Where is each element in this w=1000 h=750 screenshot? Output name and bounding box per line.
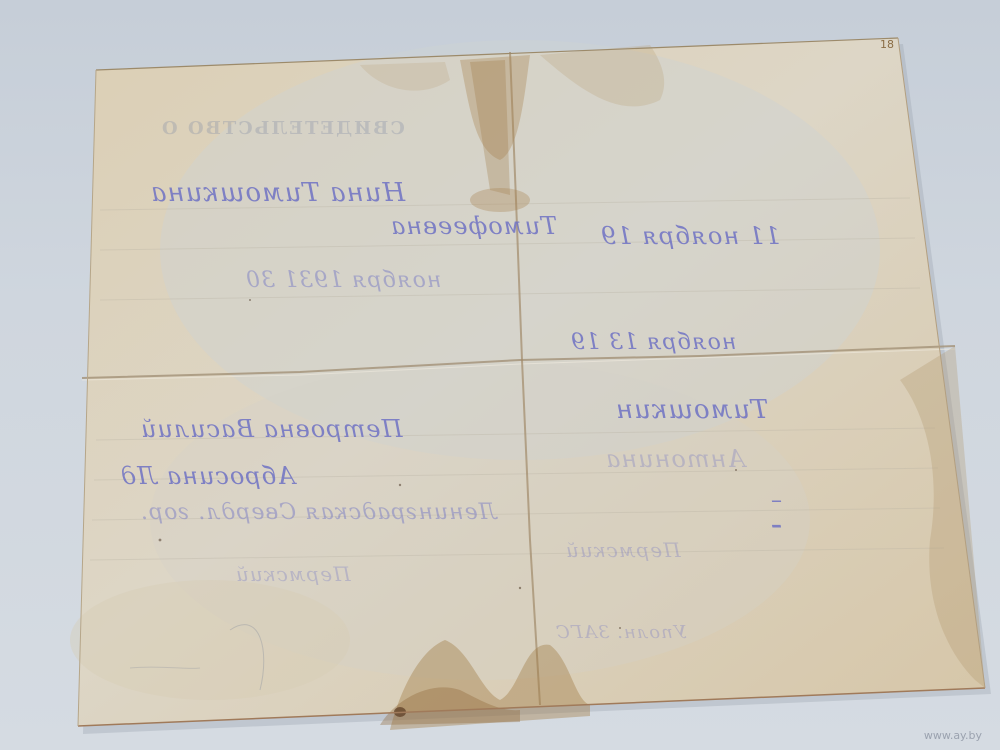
document-photo: СВИДЕТЕЛЬСТВО О Нина Тимошкина Тимофеевн…: [0, 0, 1000, 750]
handwriting-line: Абросина Лд: [120, 462, 296, 490]
handwriting-line: Нина Тимошкина: [150, 178, 405, 208]
dash-mark: –: [770, 488, 782, 513]
dash-mark: –: [770, 512, 782, 538]
printed-header: СВИДЕТЕЛЬСТВО О: [160, 118, 405, 139]
signature: Уполн. ЗАГС: [555, 622, 687, 643]
paper-sheet: [0, 0, 1000, 750]
handwriting-line: Пермский: [565, 538, 681, 562]
handwriting-line: Ленинградская Свердл. гор.: [140, 500, 497, 525]
handwriting-line: Антонина: [605, 445, 746, 473]
handwriting-line: ноября 13 19: [570, 330, 736, 355]
handwriting-line: Пермский: [235, 562, 351, 586]
handwriting-line: Тимофеевна: [390, 212, 557, 240]
handwriting-line: Тимошкин: [615, 395, 768, 425]
handwriting-line: 11 ноября 19: [600, 222, 780, 250]
watermark: www.ay.by: [924, 729, 982, 742]
handwriting-line: ноября 1931 30: [245, 268, 441, 293]
corner-number: 18: [880, 38, 894, 51]
handwriting-line: Петровна Василий: [140, 415, 402, 443]
